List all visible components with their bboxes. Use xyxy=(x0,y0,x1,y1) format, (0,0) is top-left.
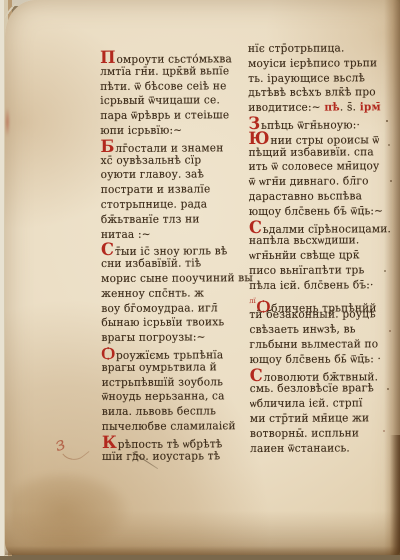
ink-text: . ѕ̄. xyxy=(340,101,360,114)
text-line: дьтѣвѣ всѣхъ влк̄ѣ про xyxy=(248,86,392,102)
text-column-right: нїє стр̄отрьпица.моуіси ієрѣписо трьпить… xyxy=(248,41,394,456)
ink-text: пѣти. ѿ бѣсове сеіѣ не xyxy=(100,79,226,93)
text-line: лмтїа гн̄и. црк̄вй вьпїе xyxy=(100,64,240,80)
text-line: пѣла ієй. блс̄вень бъ̄:· xyxy=(249,278,393,294)
ink-text: дьтѣвѣ всѣхъ влк̄ѣ про xyxy=(248,86,376,100)
text-line: ющоу блс̄вень бъ̄ ѿц̄ь:~ xyxy=(249,204,393,220)
ink-text: ми стр̄тий мн̄ице жи xyxy=(250,411,369,425)
ink-text: шїи гд̄о. иоустарь тѣ xyxy=(102,449,220,463)
red-smudge-left-edge xyxy=(5,102,11,142)
text-column-left: Помроути сьсто́мьхвалмтїа гн̄и. црк̄вй в… xyxy=(100,49,242,464)
ink-text: свѣзаеть инѡзѣ, вь xyxy=(249,323,355,337)
ink-text: ть. іраующисе вьслѣ xyxy=(248,71,365,85)
ink-text: пѣла ієй. блс̄вень бъ̄:· xyxy=(249,278,373,292)
ink-text: нїє стр̄отрьпица. xyxy=(248,41,345,55)
ink-text: вотворны̄. испльни xyxy=(250,426,359,440)
ink-text: врагы оумрьтвила й xyxy=(102,360,217,374)
text-line: ить ѿ соловесе мн̄ицоу xyxy=(249,160,393,176)
text-line: писо вьнїгапѣти трь xyxy=(249,263,393,279)
text-line: пара ѿрѣврь и стеіьше xyxy=(100,108,240,124)
text-line: Помроути сьсто́мьхва xyxy=(100,49,240,65)
ink-text: вила. львовь беспль xyxy=(102,404,216,418)
text-line: напѣла вьсхѡдиши. xyxy=(249,234,393,250)
rubric-text: пѣ xyxy=(324,101,340,114)
text-line: лїѺбличень трьпѣнйй xyxy=(249,293,393,309)
text-line: лаиен ѿстанаись. xyxy=(250,441,394,457)
ink-text: иводитисе:~ xyxy=(248,101,324,114)
ink-text: сни избавївїй. тіѣ xyxy=(101,257,201,271)
ink-text: лаиен ѿстанаись. xyxy=(250,441,350,455)
text-line: гльбыни вьлместай по xyxy=(249,337,393,353)
text-line: врагы оумрьтвила й xyxy=(102,360,242,376)
text-line: оуюти главоу. заѣ xyxy=(101,168,241,184)
text-line: бынаю ісрьвїи твоихь xyxy=(101,316,241,332)
text-line: ісрьвый ѿчицаши се. xyxy=(100,94,240,110)
margin-flourish-red: з xyxy=(52,433,68,456)
text-line: бж̄ьтванїе тлз ни xyxy=(101,212,241,228)
parchment-page: Помроути сьсто́мьхвалмтїа гн̄и. црк̄вй в… xyxy=(5,0,400,555)
ink-text: стотрьпнице. рада xyxy=(101,197,208,211)
ink-text: гльбыни вьлместай по xyxy=(249,337,378,351)
ink-text: истрьпѣвшїй зоуболь xyxy=(102,375,223,389)
ink-text: ѡгн̄ьнйи свѣще црк̄ xyxy=(249,249,360,263)
ink-text: пѣщий избавивїи. спа xyxy=(249,145,374,159)
page-bottom-edge-shadow xyxy=(5,546,400,555)
ink-text: воу бг̄омоудраа. игл̄ xyxy=(101,301,217,315)
ink-text: моуіси ієрѣписо трьпи xyxy=(248,56,377,70)
ink-text: пычелюбве сламилаієй xyxy=(102,419,236,433)
text-line: Крѣпость тѣ ѡбрѣтѣ xyxy=(102,434,242,450)
text-line: свѣзаеть инѡзѣ, вь xyxy=(249,322,393,338)
ink-text: ющоу блс̄вень бь̄ ѿц̄ь: · xyxy=(250,352,382,366)
text-line: шїи гд̄о. иоустарь тѣ xyxy=(102,449,242,465)
text-line: нїє стр̄отрьпица. xyxy=(248,41,392,57)
ink-text: ѿ ѡгн̄и дивнаго. бл̄го xyxy=(249,175,369,189)
text-line: Ст̄ыи іс̄ зноу югль вѣ xyxy=(101,242,241,258)
ink-text: лмтїа гн̄и. црк̄вй вьпїе xyxy=(100,64,229,78)
ink-text: тй безаконный. роуцѣ xyxy=(249,308,375,322)
text-line: юпи ісрьвїю:~ xyxy=(100,123,240,139)
text-line: ѡбличила ієй. стрпї xyxy=(250,396,394,412)
text-line: Юнии стры ороисы ѿ xyxy=(248,130,392,146)
manuscript-photo: Помроути сьсто́мьхвалмтїа гн̄и. црк̄вй в… xyxy=(0,0,400,560)
ink-text: пострати и извалїе xyxy=(101,183,211,197)
text-line: сни избавївїй. тіѣ xyxy=(101,256,241,272)
ink-text: врагы погроузы:~ xyxy=(101,331,205,345)
ink-text: дараставно вьспѣва xyxy=(249,189,362,203)
ink-text: напѣла вьсхѡдиши. xyxy=(249,234,359,248)
rubric-text: ірм̄ xyxy=(360,100,381,113)
ink-text: оуюти главоу. заѣ xyxy=(101,168,205,182)
ink-text: смь. безловѣсїе врагѣ xyxy=(250,382,374,396)
ink-text: ить ѿ соловесе мн̄ицоу xyxy=(249,160,380,174)
ink-text: ѿноудь нерьзанна, са xyxy=(102,390,225,404)
ink-text: ісрьвый ѿчицаши се. xyxy=(100,94,220,108)
text-line: ющоу блс̄вень бь̄ ѿц̄ь: · xyxy=(250,352,394,368)
ink-text: ющоу блс̄вень бъ̄ ѿц̄ь:~ xyxy=(249,204,383,218)
text-line: моуіси ієрѣписо трьпи xyxy=(248,56,392,72)
ink-text: морис сыне пооучиний вы xyxy=(101,271,253,285)
ink-text: женноу спс̄нть. ж xyxy=(101,286,204,300)
text-line: пѣщий избавивїи. спа xyxy=(249,145,393,161)
ink-text: бж̄ьтванїе тлз ни xyxy=(101,212,200,226)
text-line: стотрьпнице. рада xyxy=(101,197,241,213)
text-line: врагы погроузы:~ xyxy=(101,330,241,346)
text-line: смь. безловѣсїе врагѣ xyxy=(250,382,394,398)
ink-text: писо вьнїгапѣти трь xyxy=(249,263,364,277)
text-line: ѿноудь нерьзанна, са xyxy=(102,390,242,406)
text-line: пѣти. ѿ бѣсове сеіѣ не xyxy=(100,79,240,95)
ink-text: бынаю ісрьвїи твоихь xyxy=(101,316,224,330)
text-line: ѡгн̄ьнйи свѣще црк̄ xyxy=(249,248,393,264)
ink-text: нитаа :~ xyxy=(101,227,151,240)
text-line: Блг̄остали и знамен xyxy=(100,138,240,154)
text-line: ть. іраующисе вьслѣ xyxy=(248,71,392,87)
stain-bottom-left xyxy=(11,457,161,547)
text-line: ми стр̄тий мн̄ице жи xyxy=(250,411,394,427)
text-line: Зьпѣць ѿгн̄ьноую:· xyxy=(248,115,392,131)
text-line: Сьдалми сїрѣносицами. xyxy=(249,219,393,235)
text-line: пострати и извалїе xyxy=(101,182,241,198)
text-line: хс̄ оувѣзальнѣ сїр xyxy=(101,153,241,169)
text-line: вила. львовь беспль xyxy=(102,404,242,420)
text-line: морис сыне пооучиний вы xyxy=(101,271,241,287)
rubric-text: лї xyxy=(249,297,255,305)
text-line: иводитисе:~ пѣ. ѕ̄. ірм̄ xyxy=(248,100,392,116)
text-line: вотворны̄. испльни xyxy=(250,426,394,442)
ink-text: пара ѿрѣврь и стеіьше xyxy=(100,108,229,122)
text-line: Ѻроужїємь трьпѣнїа xyxy=(101,345,241,361)
text-line: тй безаконный. роуцѣ xyxy=(249,308,393,324)
text-line: ѿ ѡгн̄и дивнаго. бл̄го xyxy=(249,174,393,190)
ink-text: хс̄ оувѣзальнѣ сїр xyxy=(101,153,202,167)
text-line: истрьпѣвшїй зоуболь xyxy=(102,375,242,391)
text-line: пычелюбве сламилаієй xyxy=(102,419,242,435)
ink-text: ѡбличила ієй. стрпї xyxy=(250,397,363,411)
text-line: нитаа :~ xyxy=(101,227,241,243)
text-line: воу бг̄омоудраа. игл̄ xyxy=(101,301,241,317)
text-line: женноу спс̄нть. ж xyxy=(101,286,241,302)
text-line: Словолюти бж̄твный. xyxy=(250,367,394,383)
ink-text: юпи ісрьвїю:~ xyxy=(100,124,182,137)
text-line: дараставно вьспѣва xyxy=(249,189,393,205)
